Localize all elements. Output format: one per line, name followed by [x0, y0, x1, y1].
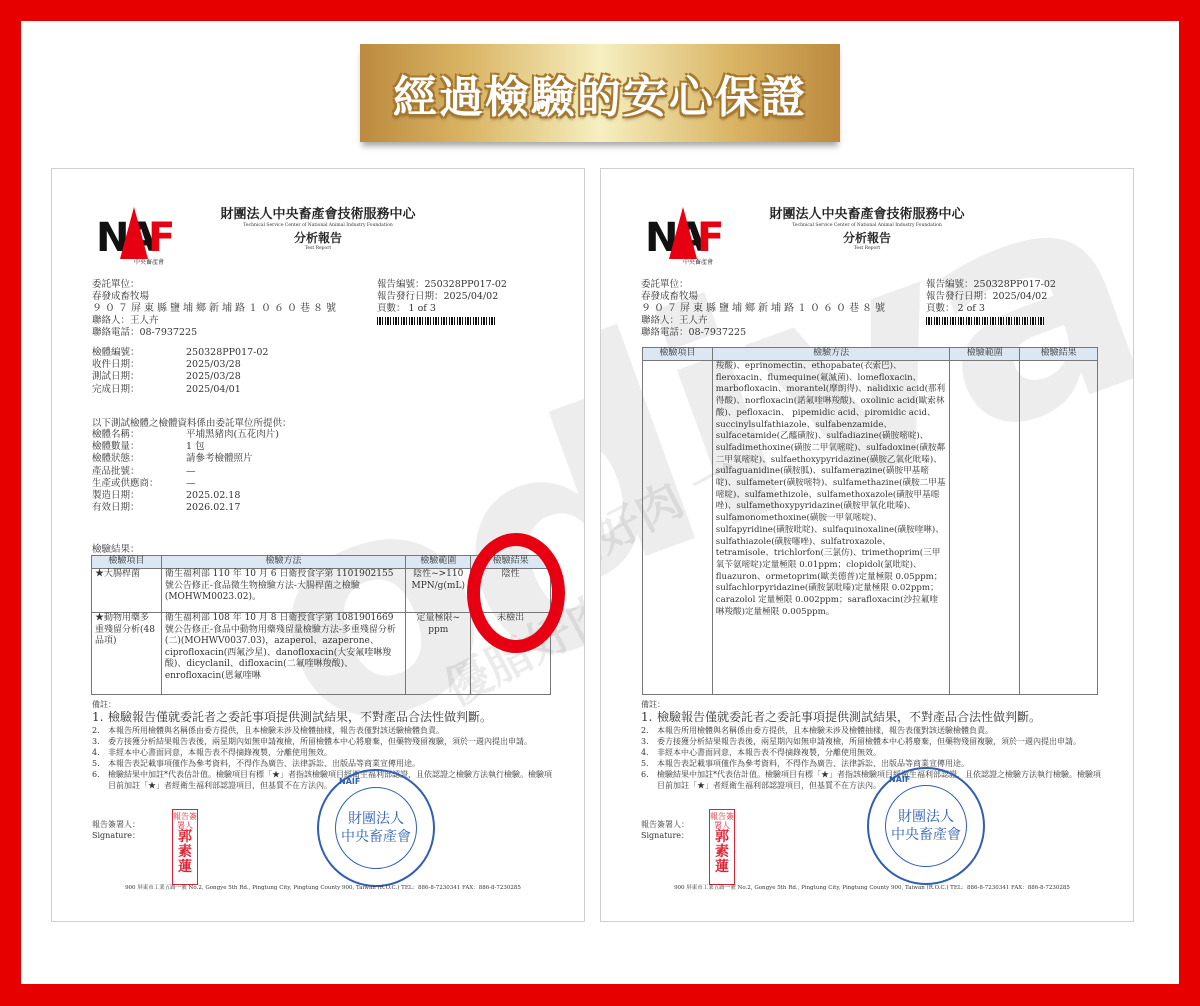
highlight-circle	[467, 533, 565, 653]
naif-logo: NA F 中央畜產會	[645, 207, 733, 265]
note-item: 6.檢驗結果中加註*代表估計值。檢驗項目有標「★」者指該檢驗項目經衛生福利部認證…	[92, 769, 552, 791]
results-table: 檢驗項目 檢驗方法 檢驗範圍 檢驗結果 羧酸)、eprinomectin、eth…	[642, 347, 1098, 695]
info-row: 收件日期：2025/03/28	[92, 359, 268, 371]
signer-seal: 報告簽署人 郭素蓮	[709, 809, 735, 885]
info-row: 測試日期：2025/03/28	[92, 371, 268, 383]
notes-label: 備註：	[92, 699, 552, 710]
title-banner: 經過檢驗的安心保證	[360, 44, 840, 142]
col-method: 檢驗方法	[161, 556, 405, 569]
note-item: 3.委方接獲分析結果報告表後，兩星期內如無申請複檢，所留檢體本中心將廢棄，但藥物…	[92, 736, 552, 747]
note-item: 5.本報告表記載事項僅作為參考資料，不得作為廣告、法律訴訟、出版品等商業宣傳用途…	[92, 758, 552, 769]
col-item: 檢驗項目	[92, 556, 162, 569]
info-row: 檢體數量：1 包	[92, 441, 279, 453]
logo-triangle	[669, 207, 697, 259]
note-item: 1.檢驗報告僅就委託者之委託事項提供測試結果，不對產品合法性做判斷。	[92, 710, 552, 725]
naif-official-seal: NAIF 財團法人 中央畜產會	[317, 769, 435, 887]
client-info: 委託單位： 春發成畜牧場 ９０７屏東縣鹽埔鄉新埔路１０６０巷８號 聯絡人：王人卉…	[641, 279, 888, 339]
report-header: 財團法人中央畜產會技術服務中心 Technical Service Center…	[172, 203, 464, 251]
report-page-2: odiva 優脂好肉 一 NA F 中央畜產會 財團法人中央畜產會技術服務中心 …	[600, 168, 1134, 922]
signer-seal: 報告簽署人 郭素蓮	[172, 809, 198, 885]
signature-block: 報告簽署人： Signature：	[641, 819, 689, 841]
info-row: 檢體編號：250328PP017-02	[92, 347, 268, 359]
col-item: 檢驗項目	[643, 348, 713, 361]
footer-address: 900 屏東市工業五路一號 No.2, Gongye 5th Rd., Ping…	[92, 883, 554, 891]
logo-triangle	[120, 207, 148, 259]
info-row: 產品批號：—	[92, 466, 279, 478]
sample-intro: 以下測試檢體之檢體資料係由委託單位所提供：	[92, 415, 292, 429]
info-row: 製造日期：2025.02.18	[92, 490, 279, 502]
barcode	[926, 317, 1044, 325]
naif-official-seal: NAIF 財團法人 中央畜產會	[867, 767, 985, 885]
note-item: 4.非經本中心書面同意，本報告表不得摘錄複製，分離使用無效。	[641, 747, 1101, 758]
banner-title: 經過檢驗的安心保證	[393, 61, 807, 125]
barcode	[377, 317, 495, 325]
table-row: 羧酸)、eprinomectin、ethopabate(衣索巴)、fleroxa…	[643, 361, 1098, 695]
note-item: 2.本報告所用檢體與名稱係由委方提供，且本檢驗未涉及檢體抽樣，報告表僅對該送驗檢…	[92, 725, 552, 736]
client-info: 委託單位： 春發成畜牧場 ９０７屏東縣鹽埔鄉新埔路１０６０巷８號 聯絡人：王人卉…	[92, 279, 339, 339]
notes-label: 備註：	[641, 699, 1101, 710]
notes: 備註：1.檢驗報告僅就委託者之委託事項提供測試結果，不對產品合法性做判斷。2.本…	[92, 699, 552, 791]
info-row: 檢體名稱：平埔黑豬肉(五花肉片)	[92, 429, 279, 441]
note-item: 6.檢驗結果中加註*代表估計值。檢驗項目有標「★」者指該檢驗項目經衛生福利部認證…	[641, 769, 1101, 791]
col-method: 檢驗方法	[712, 348, 950, 361]
footer-address: 900 屏東市工業五路一號 No.2, Gongye 5th Rd., Ping…	[641, 883, 1103, 891]
signature-block: 報告簽署人： Signature：	[92, 819, 140, 841]
note-item: 4.非經本中心書面同意，本報告表不得摘錄複製，分離使用無效。	[92, 747, 552, 758]
note-item: 5.本報告表記載事項僅作為參考資料，不得作為廣告、法律訴訟、出版品等商業宣傳用途…	[641, 758, 1101, 769]
col-result: 檢驗結果	[1020, 348, 1098, 361]
note-item: 3.委方接獲分析結果報告表後，兩星期內如無申請複檢，所留檢體本中心將廢棄，但藥物…	[641, 736, 1101, 747]
results-label: 檢驗結果：	[92, 541, 140, 555]
report-meta: 報告編號：250328PP017-02 報告發行日期：2025/04/02 頁數…	[377, 279, 507, 325]
note-item: 2.本報告所用檢體與名稱係由委方提供，且本檢驗未涉及檢體抽樣，報告表僅對該送驗檢…	[641, 725, 1101, 736]
info-row: 完成日期：2025/04/01	[92, 384, 268, 396]
info-row: 生產或供應商：—	[92, 478, 279, 490]
report-header: 財團法人中央畜產會技術服務中心 Technical Service Center…	[721, 203, 1013, 251]
sample-info: 檢體名稱：平埔黑豬肉(五花肉片)檢體數量：1 包檢體狀態：請參考檢體照片產品批號…	[92, 429, 279, 514]
notes: 備註：1.檢驗報告僅就委託者之委託事項提供測試結果，不對產品合法性做判斷。2.本…	[641, 699, 1101, 791]
col-range: 檢驗範圍	[406, 556, 471, 569]
col-range: 檢驗範圍	[950, 348, 1020, 361]
naif-logo: NA F 中央畜產會	[96, 207, 184, 265]
sample-dates: 檢體編號：250328PP017-02收件日期：2025/03/28測試日期：2…	[92, 347, 268, 396]
note-item: 1.檢驗報告僅就委託者之委託事項提供測試結果，不對產品合法性做判斷。	[641, 710, 1101, 725]
info-row: 有效日期：2026.02.17	[92, 502, 279, 514]
info-row: 檢體狀態：請參考檢體照片	[92, 453, 279, 465]
report-meta: 報告編號：250328PP017-02 報告發行日期：2025/04/02 頁數…	[926, 279, 1056, 325]
